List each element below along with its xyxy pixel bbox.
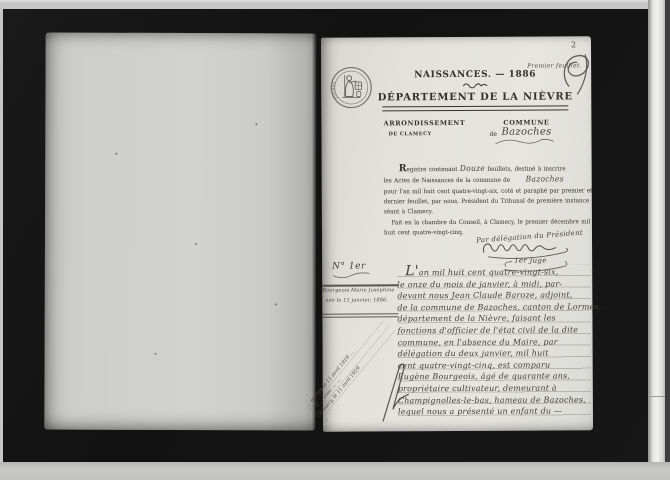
arrondissement-value: DE CLAMECY <box>388 131 424 137</box>
paper-speck <box>155 353 157 355</box>
act-text-line: département de la Nièvre, faisant les <box>397 313 590 326</box>
act-number: N° 1er <box>332 261 366 271</box>
act-text-line: le onze du mois de janvier, à midi, par- <box>397 278 590 291</box>
divider-squiggle-icon <box>462 82 488 89</box>
book-page-edge-strip <box>648 0 665 463</box>
register-page: 2 Premier feuillet. TIMBRE NAISSANCES. —… <box>321 36 593 431</box>
act-text-line: Eugène Bourgeois, âgé de quarante ans, <box>398 371 591 384</box>
stamp-rim-text: TIMBRE <box>331 81 340 101</box>
handwritten-bazoches: Bazoches <box>526 175 564 184</box>
page-edge-seam <box>648 396 665 397</box>
paper-speck <box>195 243 197 245</box>
commune-block: COMMUNE de Bazoches <box>475 118 577 143</box>
register-title: NAISSANCES. — 1886 <box>373 69 577 80</box>
formula-text: feuillets, destiné à inscrire <box>487 165 565 172</box>
commune-prefix: de <box>489 131 496 138</box>
act-text-line: L'an mil huit cent quatre-vingt-six, <box>397 265 590 279</box>
formula-text: contenant <box>429 166 458 173</box>
scan-right-edge <box>665 0 670 463</box>
act-text-line: délégation du deux janvier, mil huit <box>398 347 591 360</box>
act-text-line: lequel nous a présenté un enfant du — <box>398 405 591 418</box>
register-formula: Registre contenant Douze feuillets, dest… <box>384 163 590 238</box>
act-text-line: fonctions d'officier de l'état civil de … <box>397 324 590 337</box>
paper-speck <box>115 153 117 155</box>
act-body: L'an mil huit cent quatre-vingt-six, le … <box>397 264 591 418</box>
act-number-underline-icon <box>332 272 370 279</box>
paper-speck <box>255 123 257 125</box>
printed-header: NAISSANCES. — 1886 DÉPARTEMENT DE LA NIÈ… <box>373 69 577 143</box>
act-text-line: propriétaire cultivateur, demeurant à <box>398 382 591 395</box>
arrondissement-block: ARRONDISSEMENT DE CLAMECY <box>373 119 475 144</box>
registry-scan: 2 Premier feuillet. TIMBRE NAISSANCES. —… <box>0 0 670 480</box>
commune-value-handwritten: Bazoches <box>501 127 551 138</box>
act-text-line: Champignolles-le-bas, hameau de Bazoches… <box>398 394 591 407</box>
formula-line: Registre contenant Douze feuillets, dest… <box>384 163 578 175</box>
blank-left-page <box>44 33 316 431</box>
header-columns: ARRONDISSEMENT DE CLAMECY COMMUNE de Baz… <box>373 118 577 143</box>
department-title: DÉPARTEMENT DE LA NIÈVRE <box>373 91 577 103</box>
act-text-line: de la commune de Bazoches, canton de Lor… <box>397 301 590 314</box>
handwritten-douze: Douze <box>460 164 485 173</box>
margin-name: Bourgeois Marie Joséphine <box>322 287 394 293</box>
official-stamp-icon: TIMBRE <box>329 65 373 109</box>
marginal-mention-line: … à … avec … … <box>310 321 389 414</box>
act-text-line: devant nous Jean Claude Baroze, adjoint, <box>397 289 590 302</box>
underline-flourish-icon <box>494 138 556 146</box>
act-text-line: commune, en l'absence du Maire, par <box>398 336 591 349</box>
header-rule <box>382 105 568 111</box>
act-text-line: cent quatre-vingt-cinq, est comparu <box>398 359 591 372</box>
scan-bed-top-edge <box>0 0 670 2</box>
registre-word: Registre <box>391 164 426 176</box>
paper-speck <box>275 303 277 305</box>
formula-text: les Actes de Naissances de la commune de <box>384 177 510 185</box>
margin-rule <box>322 316 398 317</box>
margin-birthdate: née le 11 janvier, 1886. <box>325 297 388 303</box>
formula-line: les Actes de Naissances de la commune de… <box>384 175 578 187</box>
scan-bed-bottom <box>0 462 670 480</box>
margin-rule <box>322 284 398 286</box>
margin-rule <box>322 313 398 315</box>
